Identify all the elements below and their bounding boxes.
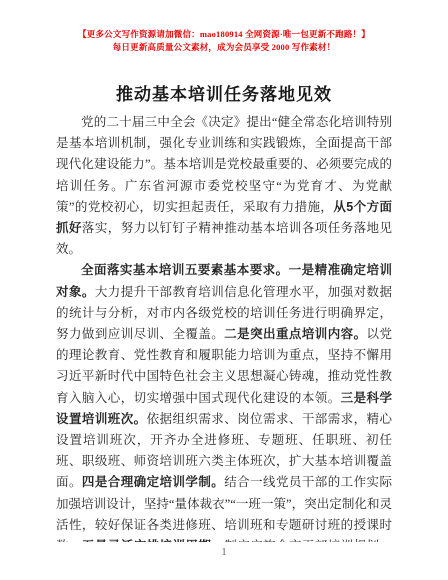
p2-point-5-label: 五是灵活安排培训周期。	[82, 539, 224, 542]
p2-point-2-label: 二是突出重点培训内容。	[224, 327, 366, 341]
promo-banner-line-2: 每日更新高质量公文素材，成为会员享受 2000 写作素材！	[0, 41, 448, 54]
document-body: 党的二十届三中全会《决定》提出“健全常态化培训特别是基本培训机制，强化专业训练和…	[56, 112, 392, 542]
paragraph-2: 全面落实基本培训五要素基本要求。一是精准确定培训对象。大力提升干部教育培训信息化…	[56, 260, 392, 542]
paragraph-1: 党的二十届三中全会《决定》提出“健全常态化培训特别是基本培训机制，强化专业训练和…	[56, 112, 392, 260]
p2-point-4-label: 四是合理确定培训学制。	[82, 475, 224, 489]
document-title: 推动基本培训任务落地见效	[0, 80, 448, 105]
p1-text-2: 落实，努力以钉钉子精神推动基本培训各项任务落地见效。	[56, 221, 392, 256]
p2-lead-sentence: 全面落实基本培训五要素基本要求。	[81, 263, 289, 277]
promo-banner-line-1: 【更多公文写作资源请加微信：mao180914 全网资源·唯一包更新不跑路！】	[0, 27, 448, 41]
document-page: 【更多公文写作资源请加微信：mao180914 全网资源·唯一包更新不跑路！】 …	[0, 0, 448, 580]
page-number: 1	[0, 547, 448, 558]
promo-banner: 【更多公文写作资源请加微信：mao180914 全网资源·唯一包更新不跑路！】 …	[0, 27, 448, 54]
